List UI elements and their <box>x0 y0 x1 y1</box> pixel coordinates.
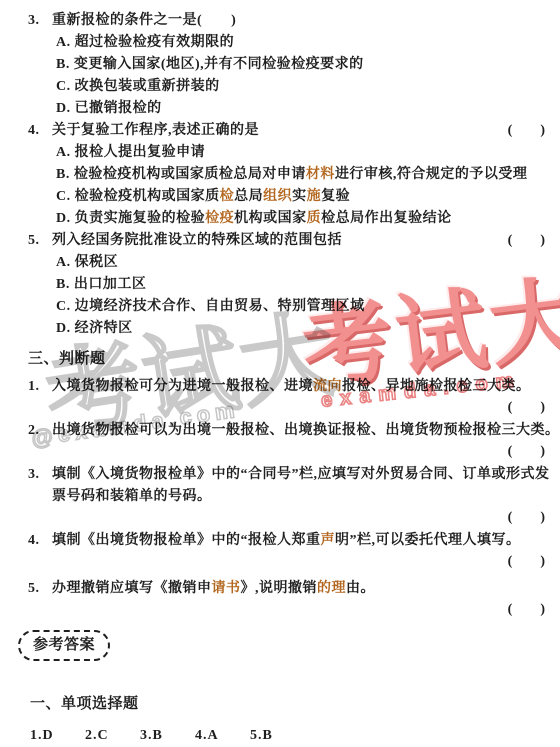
question-text: 重新报检的条件之一是( ) <box>52 13 236 28</box>
question-number: 5. <box>28 230 40 252</box>
judge-question-5: 5. 办理撤销应填写《撤销申请书》,说明撤销的理由。 ( ) <box>28 578 560 620</box>
question-text: 关于复验工作程序,表述正确的是 <box>52 123 259 138</box>
answer-blank-parens: ( ) <box>28 508 560 528</box>
judge-question-3: 3. 填制《入境货物报检单》中的“合同号”栏,应填写对外贸易合同、订单或形式发票… <box>28 464 560 528</box>
answer-item: 4.A <box>195 725 246 747</box>
answer-blank-parens: ( ) <box>28 552 560 572</box>
option-text: D. 已撤销报检的 <box>56 101 162 116</box>
option-text: A. 保税区 <box>56 255 118 270</box>
option-a: A. 超过检验检疫有效期限的 <box>28 32 560 54</box>
option-text: C. 改换包装或重新拼装的 <box>56 79 220 94</box>
question-number: 4. <box>28 120 40 142</box>
question-text: 入境货物报检可分为进境一般报检、进境流向报检、异地施检报检三大类。 <box>52 379 531 394</box>
mc-question-5: 5. 列入经国务院批准设立的特殊区域的范围包括 ( ) A. 保税区 B. 出口… <box>28 230 560 340</box>
question-text: 列入经国务院批准设立的特殊区域的范围包括 <box>52 233 342 248</box>
section-header-judge: 三、判断题 <box>28 348 560 370</box>
judge-question-2: 2. 出境货物报检可以为出境一般报检、出境换证报检、出境货物预检报检三大类。 (… <box>28 420 560 462</box>
option-text: D. 经济特区 <box>56 321 133 336</box>
mc-question-3: 3. 重新报检的条件之一是( ) A. 超过检验检疫有效期限的 B. 变更输入国… <box>28 10 560 120</box>
mc-question-4: 4. 关于复验工作程序,表述正确的是 ( ) A. 报检人提出复验申请 B. 检… <box>28 120 560 230</box>
option-c: C. 边境经济技术合作、自由贸易、特别管理区域 <box>28 296 560 318</box>
option-text: A. 超过检验检疫有效期限的 <box>56 35 234 50</box>
option-b: B. 变更输入国家(地区),并有不同检验检疫要求的 <box>28 54 560 76</box>
option-text: C. 边境经济技术合作、自由贸易、特别管理区域 <box>56 299 365 314</box>
answer-blank-parens: ( ) <box>28 442 560 462</box>
answer-blank-parens: ( ) <box>508 120 545 142</box>
option-c: C. 检验检疫机构或国家质检总局组织实施复验 <box>28 186 560 208</box>
judge-question-text: 3. 填制《入境货物报检单》中的“合同号”栏,应填写对外贸易合同、订单或形式发票… <box>28 464 560 508</box>
option-b: B. 出口加工区 <box>28 274 560 296</box>
question-stem: 4. 关于复验工作程序,表述正确的是 ( ) <box>28 120 560 142</box>
question-text: 填制《出境货物报检单》中的“报检人郑重声明”栏,可以委托代理人填写。 <box>52 533 521 548</box>
judge-question-1: 1. 入境货物报检可分为进境一般报检、进境流向报检、异地施检报检三大类。 ( ) <box>28 376 560 418</box>
question-number: 3. <box>28 10 40 32</box>
question-number: 5. <box>28 578 40 600</box>
judge-question-4: 4. 填制《出境货物报检单》中的“报检人郑重声明”栏,可以委托代理人填写。 ( … <box>28 530 560 572</box>
answer-item: 5.B <box>250 725 301 747</box>
question-text: 办理撤销应填写《撤销申请书》,说明撤销的理由。 <box>52 581 375 596</box>
answer-item: 2.C <box>85 725 136 747</box>
option-text: B. 出口加工区 <box>56 277 146 292</box>
option-text: C. 检验检疫机构或国家质检总局组织实施复验 <box>56 189 350 204</box>
option-text: B. 检验检疫机构或国家质检总局对申请材料进行审核,符合规定的予以受理 <box>56 167 527 182</box>
judge-question-text: 4. 填制《出境货物报检单》中的“报检人郑重声明”栏,可以委托代理人填写。 <box>28 530 560 552</box>
option-d: D. 已撤销报检的 <box>28 98 560 120</box>
option-a: A. 报检人提出复验申请 <box>28 142 560 164</box>
answer-blank-parens: ( ) <box>28 600 560 620</box>
judge-question-text: 5. 办理撤销应填写《撤销申请书》,说明撤销的理由。 <box>28 578 560 600</box>
judge-question-text: 2. 出境货物报检可以为出境一般报检、出境换证报检、出境货物预检报检三大类。 <box>28 420 560 442</box>
option-c: C. 改换包装或重新拼装的 <box>28 76 560 98</box>
option-text: B. 变更输入国家(地区),并有不同检验检疫要求的 <box>56 57 364 72</box>
question-number: 2. <box>28 420 40 442</box>
option-b: B. 检验检疫机构或国家质检总局对申请材料进行审核,符合规定的予以受理 <box>28 164 560 186</box>
question-number: 1. <box>28 376 40 398</box>
question-number: 4. <box>28 530 40 552</box>
answer-blank-parens: ( ) <box>508 230 545 252</box>
option-a: A. 保税区 <box>28 252 560 274</box>
exam-content: 3. 重新报检的条件之一是( ) A. 超过检验检疫有效期限的 B. 变更输入国… <box>0 0 560 747</box>
question-text: 出境货物报检可以为出境一般报检、出境换证报检、出境货物预检报检三大类。 <box>52 423 560 438</box>
scanned-exam-page: 考试大 @examda.com 考试大 examda.com 3. 重新报检的条… <box>0 0 560 747</box>
question-number: 3. <box>28 464 40 486</box>
option-d: D. 负责实施复验的检验检疫机构或国家质检总局作出复验结论 <box>28 208 560 230</box>
answers-row: 1.D 2.C 3.B 4.A 5.B <box>28 725 560 747</box>
answer-item: 3.B <box>140 725 191 747</box>
question-stem: 5. 列入经国务院批准设立的特殊区域的范围包括 ( ) <box>28 230 560 252</box>
judge-question-text: 1. 入境货物报检可分为进境一般报检、进境流向报检、异地施检报检三大类。 <box>28 376 560 398</box>
question-text: 填制《入境货物报检单》中的“合同号”栏,应填写对外贸易合同、订单或形式发票号码和… <box>52 467 550 504</box>
answer-blank-parens: ( ) <box>28 398 560 418</box>
question-stem: 3. 重新报检的条件之一是( ) <box>28 10 560 32</box>
reference-answers-stamp: 参考答案 <box>18 630 110 661</box>
option-text: A. 报检人提出复验申请 <box>56 145 205 160</box>
option-d: D. 经济特区 <box>28 318 560 340</box>
answer-item: 1.D <box>30 725 81 747</box>
option-text: D. 负责实施复验的检验检疫机构或国家质检总局作出复验结论 <box>56 211 452 226</box>
answers-section-header: 一、单项选择题 <box>28 693 560 715</box>
